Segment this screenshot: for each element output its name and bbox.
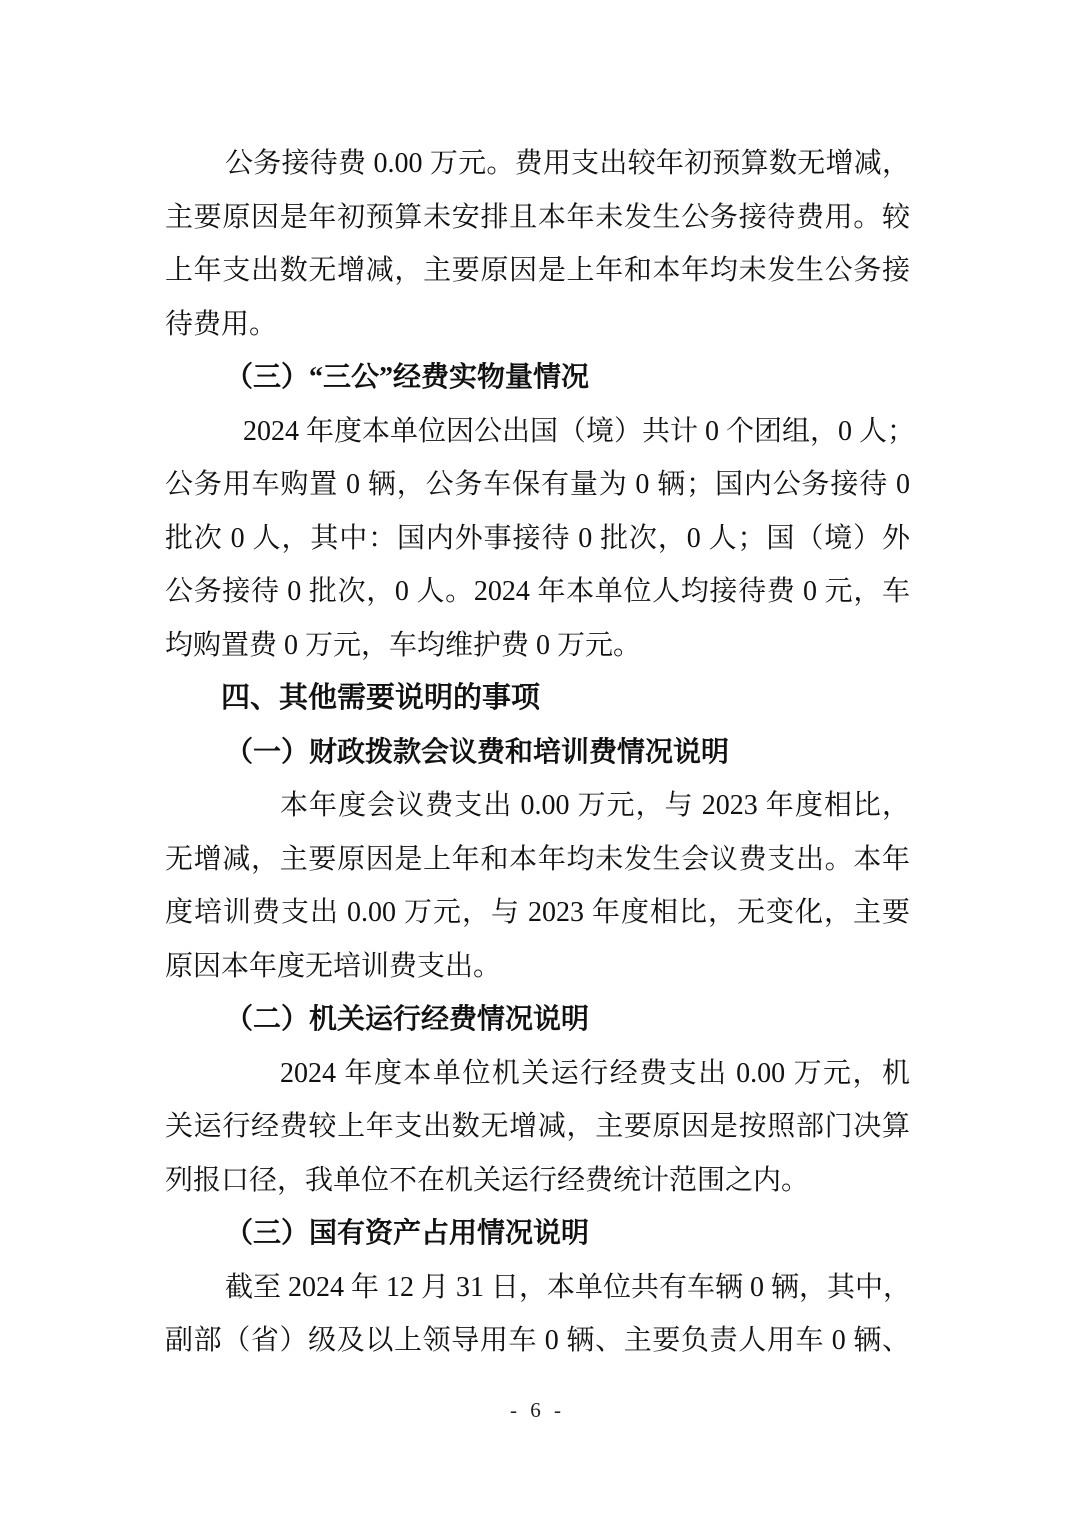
- body-line: 原因本年度无培训费支出。: [165, 940, 910, 994]
- body-line: 公务接待费 0.00 万元。费用支出较年初预算数无增减，: [165, 137, 910, 191]
- body-line: 关运行经费较上年支出数无增减，主要原因是按照部门决算: [165, 1100, 910, 1154]
- body-line: 上年支出数无增减，主要原因是上年和本年均未发生公务接: [165, 244, 910, 298]
- body-line: 公务用车购置 0 辆，公务车保有量为 0 辆；国内公务接待 0: [165, 458, 910, 512]
- body-line: 均购置费 0 万元，车均维护费 0 万元。: [165, 619, 910, 673]
- page-number: - 6 -: [0, 1398, 1075, 1423]
- section-heading: （三）“三公”经费实物量情况: [165, 351, 910, 405]
- body-line: 无增减，主要原因是上年和本年均未发生会议费支出。本年: [165, 833, 910, 887]
- body-line: 度培训费支出 0.00 万元，与 2023 年度相比，无变化，主要: [165, 886, 910, 940]
- body-line: 副部（省）级及以上领导用车 0 辆、主要负责人用车 0 辆、: [165, 1314, 910, 1368]
- body-line: 列报口径，我单位不在机关运行经费统计范围之内。: [165, 1154, 910, 1208]
- body-line: 批次 0 人，其中：国内外事接待 0 批次，0 人；国（境）外: [165, 512, 910, 566]
- document-body: 公务接待费 0.00 万元。费用支出较年初预算数无增减， 主要原因是年初预算未安…: [165, 137, 910, 1368]
- section-heading: （一）财政拨款会议费和培训费情况说明: [165, 726, 910, 780]
- body-line: 2024 年度本单位因公出国（境）共计 0 个团组，0 人；: [165, 405, 910, 459]
- body-line: 待费用。: [165, 298, 910, 352]
- body-line: 公务接待 0 批次，0 人。2024 年本单位人均接待费 0 元，车: [165, 565, 910, 619]
- section-heading: （三）国有资产占用情况说明: [165, 1207, 910, 1261]
- section-heading: （二）机关运行经费情况说明: [165, 993, 910, 1047]
- body-line: 主要原因是年初预算未安排且本年未发生公务接待费用。较: [165, 191, 910, 245]
- document-page: 公务接待费 0.00 万元。费用支出较年初预算数无增减， 主要原因是年初预算未安…: [0, 0, 1075, 1520]
- body-line: 2024 年度本单位机关运行经费支出 0.00 万元，机: [165, 1047, 910, 1101]
- body-line: 本年度会议费支出 0.00 万元，与 2023 年度相比，: [165, 779, 910, 833]
- chapter-heading: 四、其他需要说明的事项: [165, 672, 910, 726]
- body-line: 截至 2024 年 12 月 31 日，本单位共有车辆 0 辆，其中，: [165, 1261, 910, 1315]
